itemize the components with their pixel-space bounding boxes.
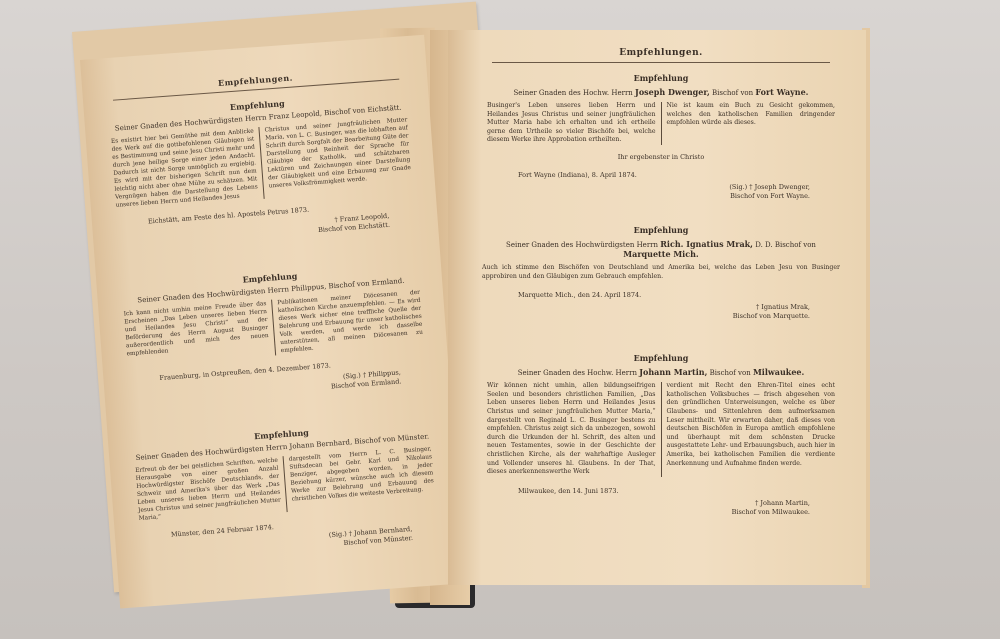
place-date: Fort Wayne (Indiana), 8. April 1874. (518, 171, 840, 179)
right-page: Empfehlungen. Empfehlung Seiner Gnaden d… (448, 30, 866, 585)
signature: † Ignatius Mrak, Bischof von Marquette. (482, 303, 810, 321)
body-text: Auch ich stimme den Bischöfen von Deutsc… (482, 264, 840, 281)
left-page: Empfehlungen. Empfehlung Seiner Gnaden d… (80, 35, 464, 609)
text-column: Christus und seiner jungfräulichen Mutte… (258, 116, 417, 199)
recommendation-fort-wayne: Empfehlung Seiner Gnaden des Hochw. Herr… (482, 73, 840, 201)
recommendation-milwaukee: Empfehlung Seiner Gnaden des Hochw. Herr… (482, 353, 840, 517)
place-date: Marquette Mich., den 24. April 1874. (518, 291, 840, 299)
recommendation-marquette: Empfehlung Seiner Gnaden des Hochwürdigs… (482, 225, 840, 321)
section-address: Seiner Gnaden des Hochw. Herrn Johann Ma… (482, 367, 840, 377)
page-header: Empfehlungen. (492, 48, 830, 63)
section-address: Seiner Gnaden des Hochwürdigsten Herrn R… (482, 239, 840, 259)
text-column: Nie ist kaum ein Buch zu Gesicht gekomme… (661, 102, 841, 145)
text-column: dargestellt vom Herrn L. C. Businger, St… (283, 445, 441, 512)
text-column: verdient mit Recht den Ehren-Titel eines… (661, 382, 841, 477)
recommendation-ermland: Empfehlung Seiner Gnaden des Hochwürdigs… (116, 261, 431, 406)
text-column: Ich kann nicht umhin meine Freude über d… (118, 300, 275, 367)
text-column: Es existirt hier bei Gemüthe mit dem Anb… (106, 127, 264, 210)
place-date: Milwaukee, den 14. Juni 1873. (518, 487, 840, 495)
text-column: Erfreut ob der bei geistlichen Schriften… (130, 456, 287, 523)
section-address: Seiner Gnaden des Hochw. Herrn Joseph Dw… (482, 87, 840, 97)
section-title: Empfehlung (482, 353, 840, 363)
text-column: Businger's Leben unseres lieben Herrn un… (482, 102, 661, 145)
recommendation-eichstaett: Empfehlung Seiner Gnaden des Hochwürdigs… (104, 89, 420, 250)
signature: † Johann Martin, Bischof von Milwaukee. (482, 499, 810, 517)
text-column: Publikationen meiner Diöcesanen der kath… (271, 288, 429, 355)
recommendation-muenster: Empfehlung Seiner Gnaden des Hochwürdigs… (128, 418, 443, 563)
section-title: Empfehlung (482, 225, 840, 235)
signature: (Sig.) † Joseph Dwenger, Bischof von For… (482, 183, 810, 201)
closing: Ihr ergebenster in Christo (482, 153, 840, 161)
section-title: Empfehlung (482, 73, 840, 83)
text-column: Wir können nicht umhin, allen bildungsei… (482, 382, 661, 477)
